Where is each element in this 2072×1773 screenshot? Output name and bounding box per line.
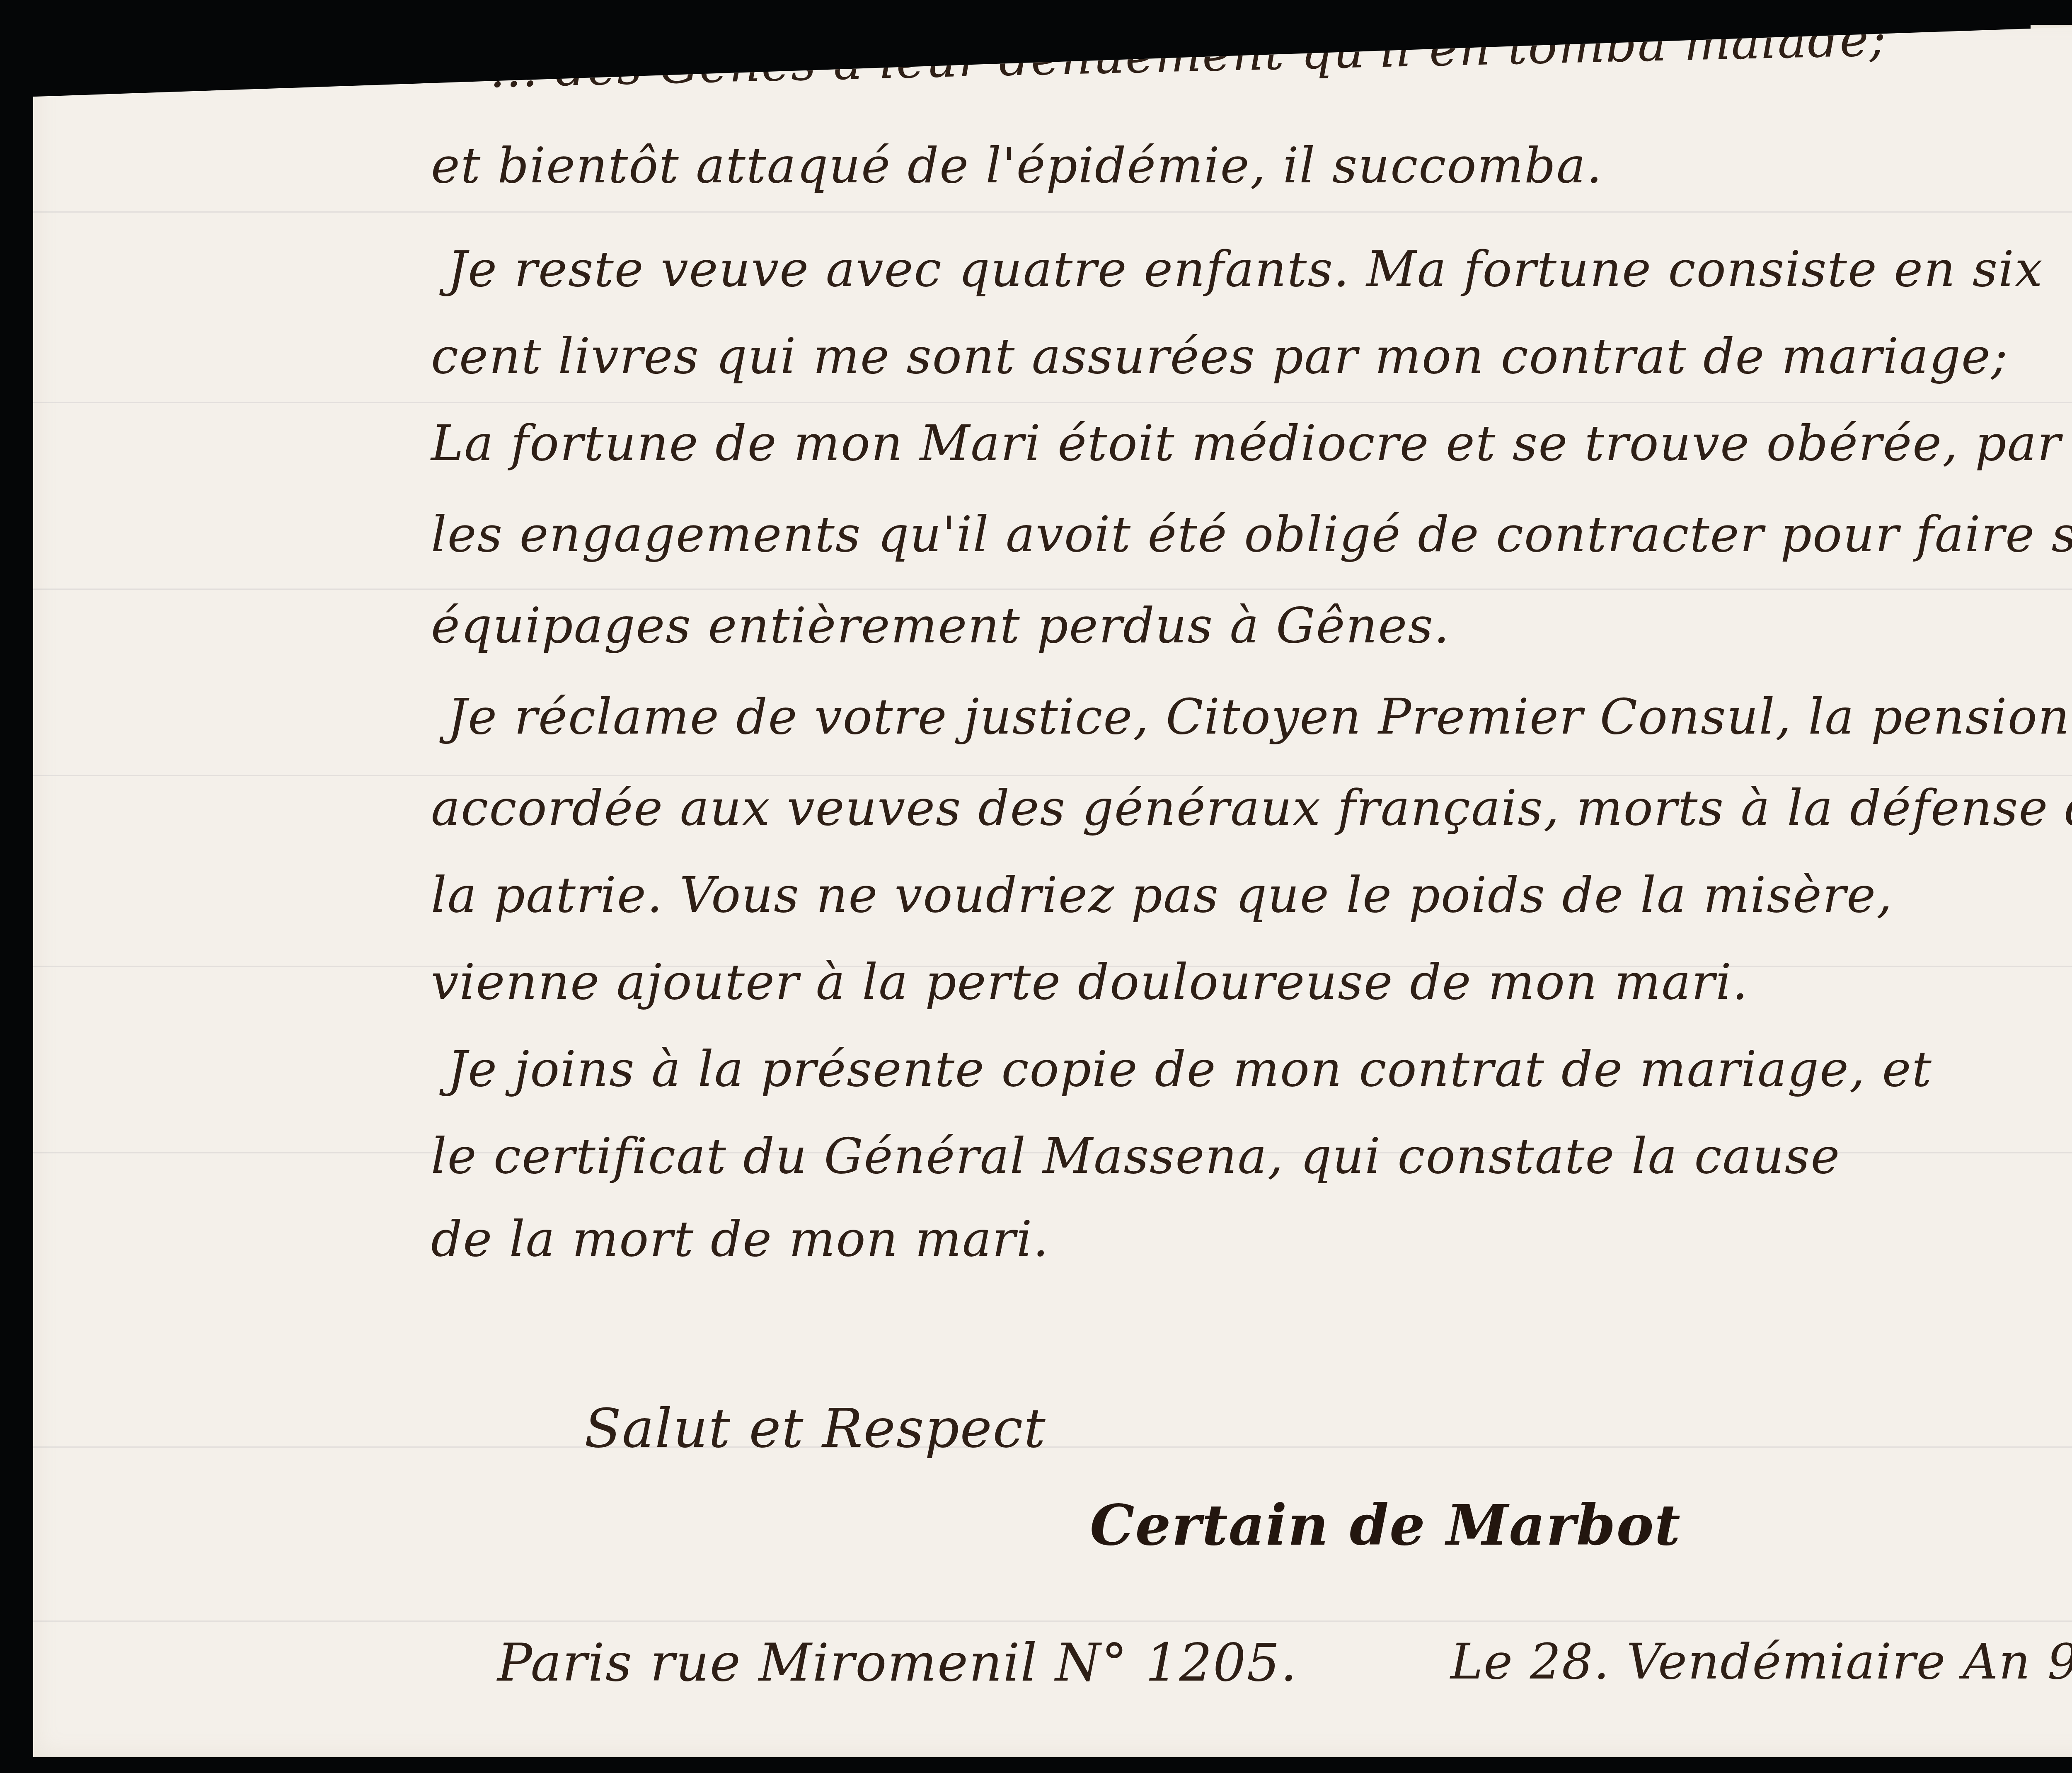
letter-line: les engagements qu'il avoit été obligé d…: [431, 506, 2072, 563]
letter-line: … des Gênes à leur dénuement qu'il en to…: [488, 10, 1887, 99]
ruled-line: [33, 775, 2072, 776]
date: Le 28. Vendémiaire An 9.: [1450, 1633, 2072, 1690]
letter-line: Je joins à la présente copie de mon cont…: [448, 1040, 1932, 1097]
letter-line: la patrie. Vous ne voudriez pas que le p…: [431, 866, 1893, 923]
ruled-line: [33, 1446, 2072, 1448]
letter-line: La fortune de mon Mari étoit médiocre et…: [431, 414, 2061, 472]
letter-line: cent livres qui me sont assurées par mon…: [431, 327, 2009, 385]
letter-line: et bientôt attaqué de l'épidémie, il suc…: [431, 137, 1603, 194]
ruled-line: [33, 402, 2072, 403]
letter-line: vienne ajouter à la perte douloureuse de…: [431, 953, 1748, 1010]
letter-line: Je reste veuve avec quatre enfants. Ma f…: [448, 240, 2043, 298]
closing-salutation: Salut et Respect: [584, 1397, 1046, 1460]
ruled-line: [33, 211, 2072, 213]
address: Paris rue Miromenil N° 1205.: [497, 1633, 1298, 1693]
signature: Certain de Marbot: [1090, 1492, 1681, 1558]
letter-line: le certificat du Général Massena, qui co…: [431, 1127, 1840, 1184]
ruled-line: [33, 589, 2072, 590]
letter-line: Je réclame de votre justice, Citoyen Pre…: [448, 688, 2070, 745]
ruled-line: [33, 1620, 2072, 1622]
letter-line: équipages entièrement perdus à Gênes.: [431, 597, 1450, 654]
letter-line: accordée aux veuves des généraux françai…: [431, 779, 2072, 836]
letter-page: … des Gênes à leur dénuement qu'il en to…: [33, 17, 2072, 1757]
letter-line: de la mort de mon mari.: [431, 1210, 1049, 1267]
